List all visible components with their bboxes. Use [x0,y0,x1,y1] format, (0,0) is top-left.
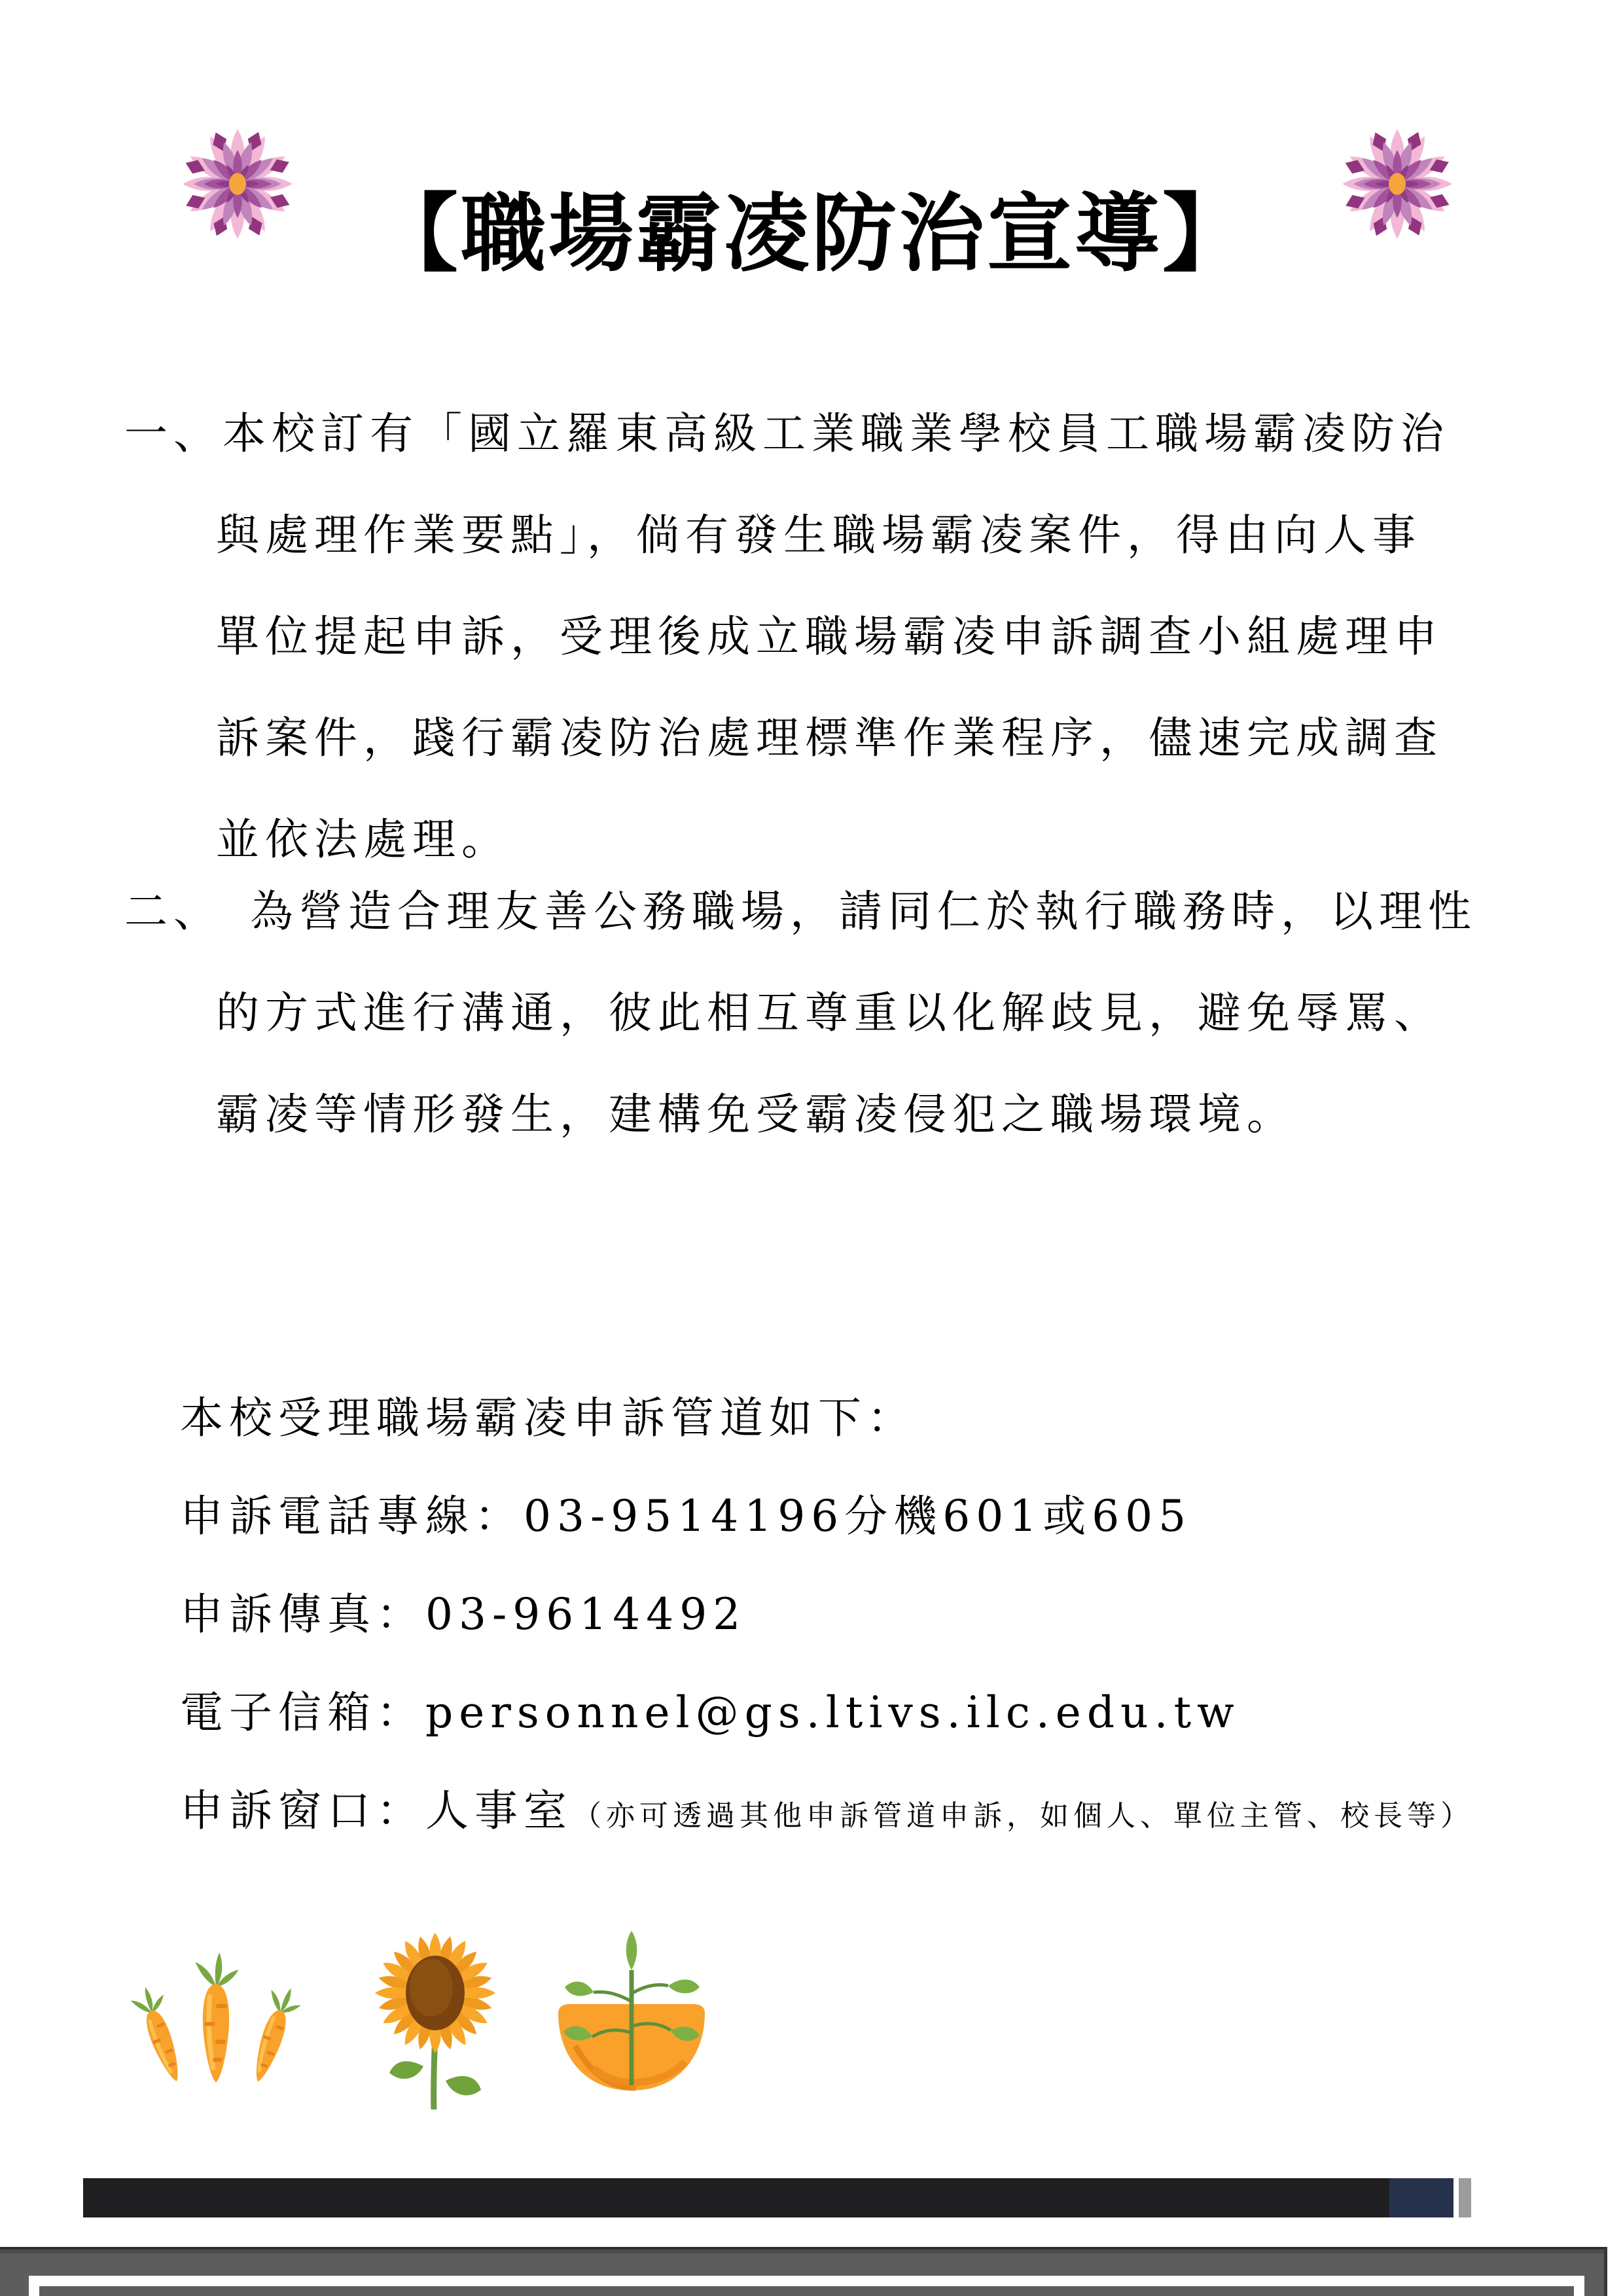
complaint-phone: 申訴電話專線：03-9514196分機601或605 [180,1467,1474,1566]
complaint-window-note: （亦可透過其他申訴管道申訴，如個人、單位主管、校長等） [573,1799,1474,1833]
complaint-window: 申訴窗口：人事室（亦可透過其他申訴管道申訴，如個人、單位主管、校長等） [180,1762,1474,1860]
paragraph-1: 一、本校訂有「國立羅東高級工業職業學校員工職場霸凌防治 與處理作業要點」，倘有發… [124,383,1450,890]
sunflower-icon [370,1928,501,2117]
dahlia-flower-icon [1336,123,1458,245]
text-line: 霸凌等情形發生，建構免受霸凌侵犯之職場環境。 [124,1064,1477,1165]
paragraph-2: 二、 為營造合理友善公務職場，請同仁於執行職務時，以理性 的方式進行溝通，彼此相… [124,861,1477,1165]
document-page: 【職場霸凌防治宣導】 一、本校訂有「國立羅東高級工業職業學校員工職場霸凌防治 與… [0,0,1623,2296]
text-line: 單位提起申訴，受理後成立職場霸凌申訴調查小組處理申 [124,586,1450,687]
bottom-frame-inner [39,2286,1574,2296]
footer-black-bar [83,2178,1389,2217]
bottom-frame [0,2247,1607,2296]
complaint-fax: 申訴傳真：03-9614492 [180,1566,1474,1664]
footer-gray-bar [1459,2178,1471,2217]
text-line: 二、 為營造合理友善公務職場，請同仁於執行職務時，以理性 [124,861,1477,962]
complaint-window-main: 申訴窗口：人事室 [180,1785,573,1836]
footer-navy-bar [1389,2178,1454,2217]
complaint-email: 電子信箱：personnel@gs.ltivs.ilc.edu.tw [180,1664,1474,1762]
text-line: 一、本校訂有「國立羅東高級工業職業學校員工職場霸凌防治 [124,383,1450,484]
channels-heading: 本校受理職場霸凌申訴管道如下： [180,1369,1474,1467]
text-line: 的方式進行溝通，彼此相互尊重以化解歧見，避免辱罵、 [124,962,1477,1064]
sprout-icon [553,1929,710,2093]
text-line: 與處理作業要點」，倘有發生職場霸凌案件，得由向人事 [124,484,1450,586]
carrots-icon [118,1934,314,2091]
complaint-channels: 本校受理職場霸凌申訴管道如下： 申訴電話專線：03-9514196分機601或6… [180,1369,1474,1860]
text-line: 訴案件，踐行霸凌防治處理標準作業程序，儘速完成調查 [124,687,1450,789]
